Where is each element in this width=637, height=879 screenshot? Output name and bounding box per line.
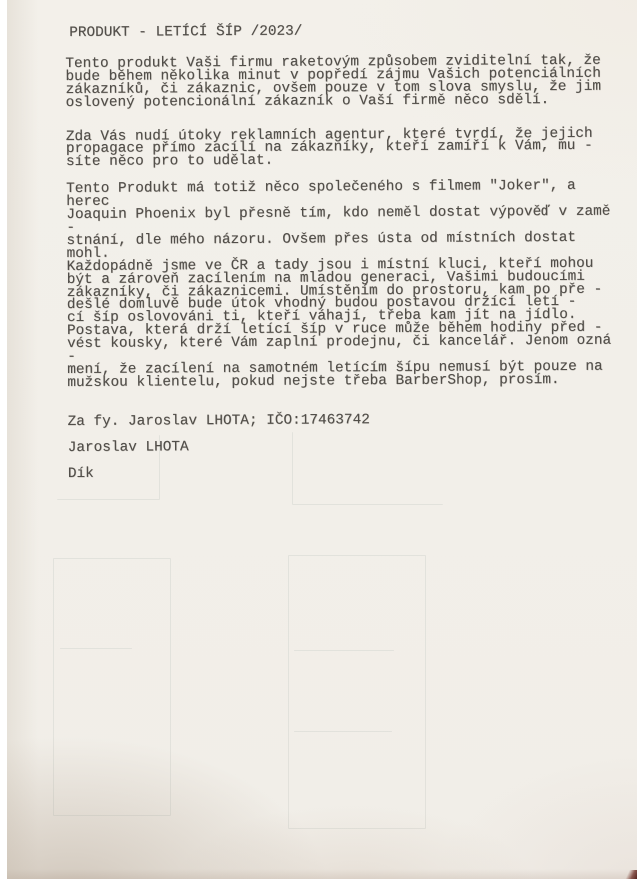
paper-sheet: PRODUKT - LETÍCÍ ŠÍP /2023/ Tento produk… xyxy=(7,0,637,879)
ghost-showthrough-line xyxy=(60,648,132,649)
letter-paragraph-2: Zda Vás nudí útoky reklamních agentur, k… xyxy=(66,127,626,169)
signature-closing: Dík xyxy=(68,464,628,480)
signature-company-line: Za fy. Jaroslav LHOTA; IČO:17463742 xyxy=(68,412,628,428)
ghost-showthrough-line xyxy=(294,731,392,732)
ghost-showthrough-box xyxy=(288,555,426,829)
letter-content: PRODUKT - LETÍCÍ ŠÍP /2023/ Tento produk… xyxy=(65,0,628,480)
letter-paragraph-1: Tento produkt Vaši firmu raketovým způso… xyxy=(65,54,625,109)
scan-corner-artifact xyxy=(620,870,637,879)
letter-title: PRODUKT - LETÍCÍ ŠÍP /2023/ xyxy=(69,24,625,40)
scan-background: PRODUKT - LETÍCÍ ŠÍP /2023/ Tento produk… xyxy=(0,0,637,879)
signature-name: Jaroslav LHOTA xyxy=(68,438,628,454)
ghost-showthrough-line xyxy=(294,650,394,651)
ghost-showthrough-box xyxy=(53,558,171,816)
letter-paragraph-3: Tento Produkt má totiž něco společeného … xyxy=(66,180,627,390)
